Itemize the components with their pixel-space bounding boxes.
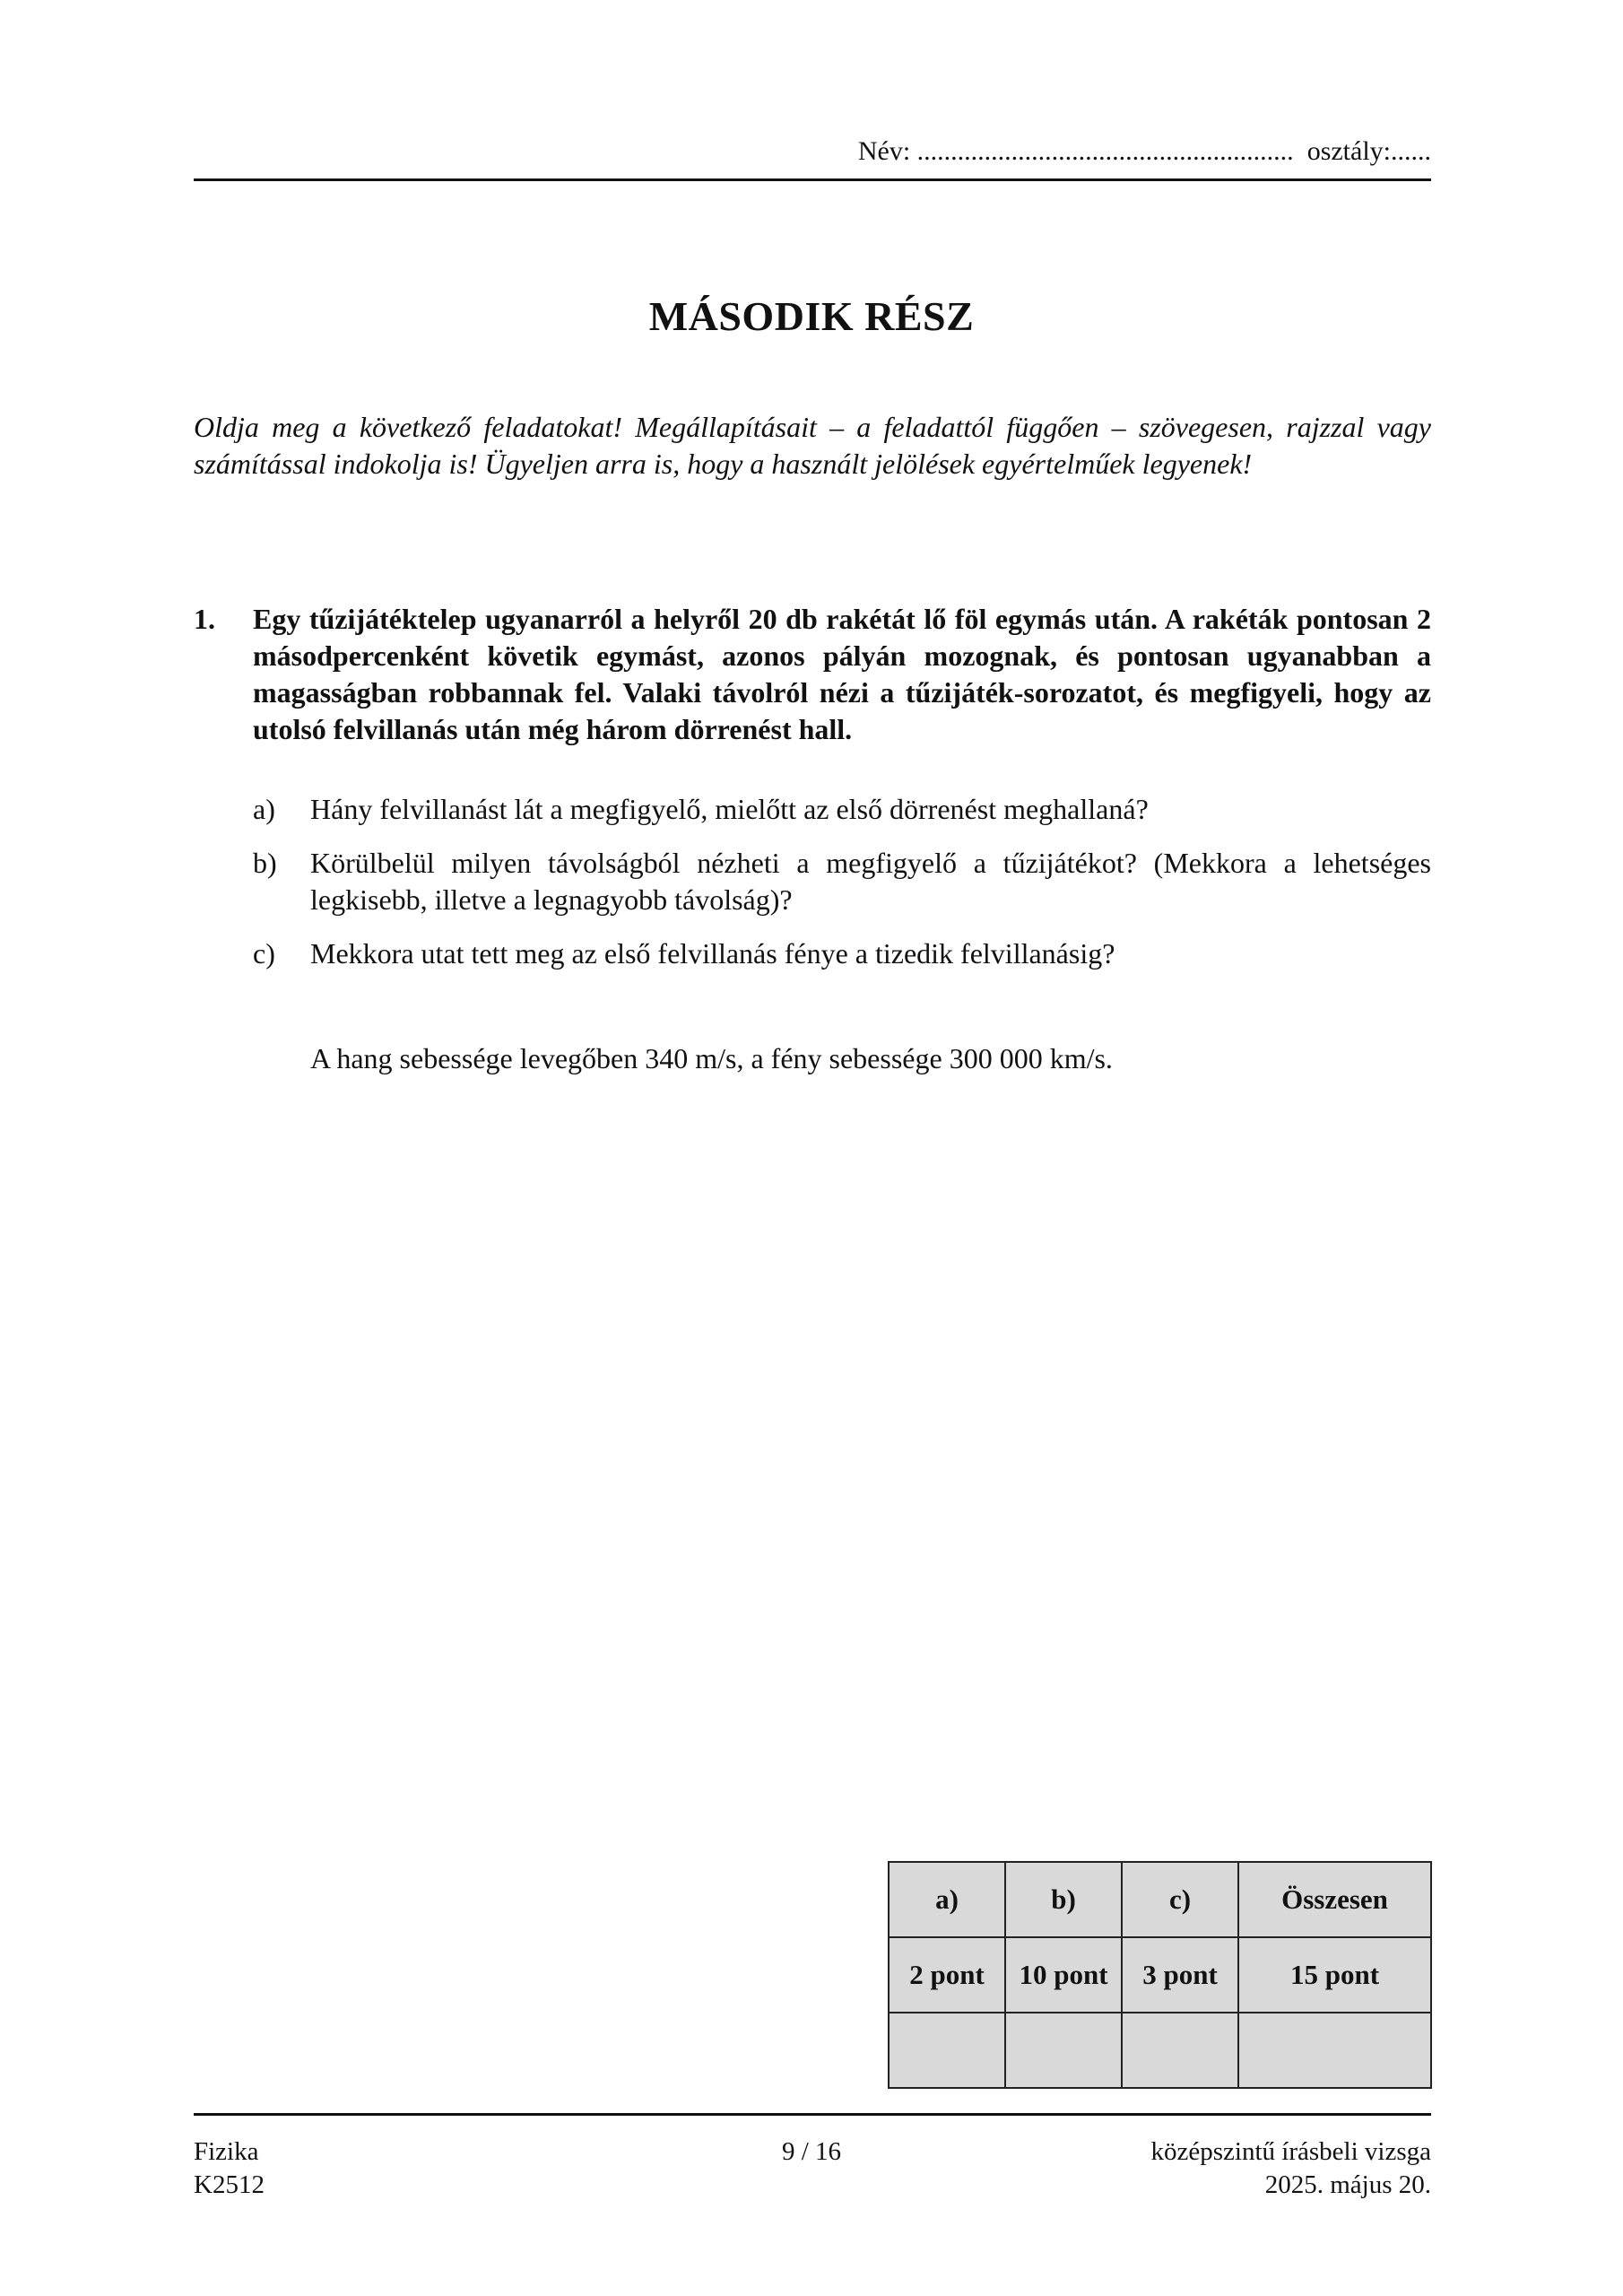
subquestion-label: c)	[253, 935, 275, 972]
footer-divider	[194, 2113, 1431, 2116]
exam-date: 2025. május 20.	[1151, 2169, 1431, 2202]
subquestion-text: Mekkora utat tett meg az első felvillaná…	[310, 935, 1431, 972]
task-text: Egy tűzijátéktelep ugyanarról a helyről …	[253, 601, 1431, 748]
name-field-label: Név: ...................................…	[858, 136, 1294, 167]
score-header-total: Összesen	[1238, 1862, 1431, 1937]
max-points-b: 10 pont	[1005, 1937, 1122, 2013]
subquestion-c: c) Mekkora utat tett meg az első felvill…	[253, 935, 1431, 972]
earned-points-a[interactable]	[889, 2013, 1005, 2088]
subquestion-text: Körülbelül milyen távolságból nézheti a …	[310, 845, 1431, 918]
max-points-row: 2 pont 10 pont 3 pont 15 pont	[889, 1937, 1431, 2013]
subquestion-text: Hány felvillanást lát a megfigyelő, miel…	[310, 791, 1431, 828]
subquestion-a: a) Hány felvillanást lát a megfigyelő, m…	[253, 791, 1431, 828]
max-points-c: 3 pont	[1122, 1937, 1238, 2013]
score-header-a: a)	[889, 1862, 1005, 1937]
max-points-total: 15 pont	[1238, 1937, 1431, 2013]
earned-points-total[interactable]	[1238, 2013, 1431, 2088]
class-field-label: osztály:......	[1307, 136, 1431, 167]
subquestion-b: b) Körülbelül milyen távolságból nézheti…	[253, 845, 1431, 918]
score-table: a) b) c) Összesen 2 pont 10 pont 3 pont …	[888, 1861, 1432, 2089]
subquestion-label: b)	[253, 845, 277, 882]
exam-type: középszintű írásbeli vizsga	[1151, 2135, 1431, 2169]
exam-code: K2512	[194, 2169, 265, 2202]
page-title: MÁSODIK RÉSZ	[0, 292, 1623, 340]
task-number: 1.	[194, 601, 215, 638]
earned-points-c[interactable]	[1122, 2013, 1238, 2088]
score-header-c: c)	[1122, 1862, 1238, 1937]
score-header-b: b)	[1005, 1862, 1122, 1937]
subquestion-label: a)	[253, 791, 275, 828]
earned-points-b[interactable]	[1005, 2013, 1122, 2088]
max-points-a: 2 pont	[889, 1937, 1005, 2013]
earned-points-row	[889, 2013, 1431, 2088]
physical-constants-note: A hang sebessége levegőben 340 m/s, a fé…	[310, 1042, 1113, 1075]
task-1: 1. Egy tűzijátéktelep ugyanarról a helyr…	[194, 601, 1431, 748]
header-divider	[194, 178, 1431, 181]
page-header: Név: ...................................…	[858, 136, 1431, 167]
footer-right: középszintű írásbeli vizsga 2025. május …	[1151, 2135, 1431, 2202]
instructions: Oldja meg a következő feladatokat! Megál…	[194, 409, 1431, 483]
score-header-row: a) b) c) Összesen	[889, 1862, 1431, 1937]
